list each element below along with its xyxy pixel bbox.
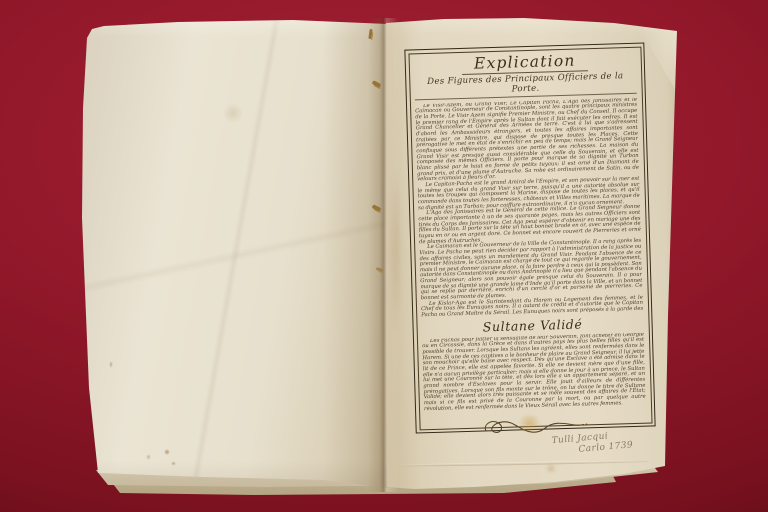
aging-stain (544, 464, 558, 473)
paragraph: Les Pachas pour flatter la sensualité de… (422, 332, 646, 412)
paragraph: Le Visir-Azem, ou Grand Visir, Le Capita… (415, 98, 639, 184)
page-shading (78, 18, 392, 494)
aging-streak (388, 166, 402, 336)
section-heading: Sultane Validé (483, 317, 583, 334)
paragraph: Le Caimacan est le Gouverneur de la Vill… (419, 239, 643, 302)
text-area: Explication Des Figures des Principaux O… (414, 49, 647, 427)
embossed-watermark (224, 104, 242, 124)
foxing-spot (147, 455, 150, 459)
left-blank-page (78, 18, 392, 494)
foxing-spot (110, 362, 112, 367)
section-body-text: Les Pachas pour flatter la sensualité de… (422, 332, 646, 415)
foxing-spot (165, 450, 169, 454)
photo-scene: Explication Des Figures des Principaux O… (0, 0, 768, 512)
right-text-page: Explication Des Figures des Principaux O… (384, 16, 684, 496)
page-subtitle: Des Figures des Principaux Officiers de … (414, 72, 637, 100)
ruled-border-frame: Explication Des Figures des Principaux O… (404, 43, 655, 434)
body-text: Le Visir-Azem, ou Grand Visir, Le Capita… (415, 98, 643, 317)
foxing-spot (172, 462, 175, 465)
